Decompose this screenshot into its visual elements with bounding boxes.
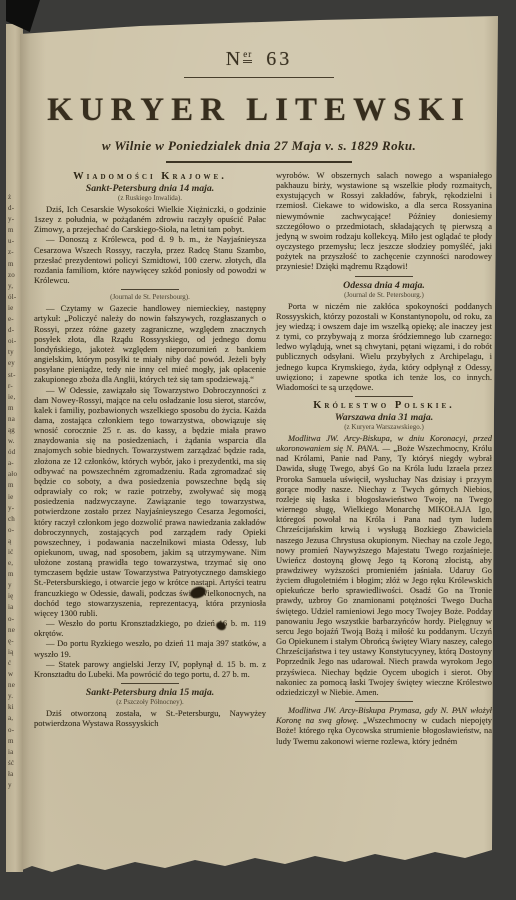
article-source: (z Ruskiego Inwalida).	[34, 194, 266, 202]
section-divider-rule	[355, 396, 413, 397]
section-heading-wiadomosci-krajowe: Wiadomości Krajowe.	[34, 171, 266, 182]
article-paragraph: — W Odessie, zawiązało się Towarzystwo D…	[34, 385, 266, 619]
section-heading-krolestwo-polskie: Królestwo Polskie.	[276, 400, 492, 411]
page-columns: Wiadomości Krajowe. Sankt-Petersburg dni…	[20, 163, 498, 746]
article-dateline: Sankt-Petersburg dnia 15 maja.	[34, 687, 266, 698]
issue-number: Ner63	[20, 48, 498, 71]
section-divider-rule	[121, 683, 179, 684]
article-dateline: Odessa dnia 4 maja.	[276, 280, 492, 291]
issue-value: 63	[266, 48, 292, 70]
left-column: Wiadomości Krajowe. Sankt-Petersburg dni…	[34, 170, 266, 746]
article-dateline: Warszawa dnia 31 maja.	[276, 412, 492, 423]
masthead: Ner63 KURYER LITEWSKI w Wilnie w Poniedz…	[20, 12, 498, 163]
newspaper-page: Ner63 KURYER LITEWSKI w Wilnie w Poniedz…	[20, 12, 498, 880]
issue-superscript: er	[243, 49, 252, 63]
article-source: (z Pszczoły Północney).	[34, 698, 266, 706]
article-source: (z Kuryera Warszawskiego.)	[276, 423, 492, 431]
right-column: wyrobów. W obszernych salach nowego a ws…	[276, 170, 492, 746]
section-divider-rule	[121, 289, 179, 290]
adjacent-page-text-fragments: ż d- y- m u- z- m zo y, ól- ie e- d- oi-…	[8, 192, 17, 791]
article-paragraph: — Czytamy w Gazecie handlowey niemieckie…	[34, 303, 266, 384]
article-source: (Journal de St. Petersbourg.)	[276, 291, 492, 299]
article-paragraph: Dziś, Ich Cesarskie Wysokości Wielkie Xi…	[34, 204, 266, 234]
issue-underline-rule	[184, 77, 334, 78]
article-paragraph-continuation: wyrobów. W obszernych salach nowego a ws…	[276, 170, 492, 272]
article-source: (Journal de St. Petersbourg).	[34, 293, 266, 301]
scan-background: ż d- y- m u- z- m zo y, ól- ie e- d- oi-…	[0, 0, 516, 900]
section-divider-rule	[355, 701, 413, 702]
article-dateline: Sankt-Petersburg dnia 14 maja.	[34, 183, 266, 194]
masthead-dateline: w Wilnie w Poniedzialek dnia 27 Maja v. …	[20, 138, 498, 154]
article-paragraph: Porta w niczém nie zakłóca spokoyności p…	[276, 301, 492, 392]
article-paragraph: Dziś otworzoną została, w St.-Petersburg…	[34, 708, 266, 728]
section-divider-rule	[355, 276, 413, 277]
issue-label: N	[226, 48, 243, 70]
article-paragraph: — Weszło do portu Kronsztadzkiego, po dz…	[34, 618, 266, 638]
newspaper-title: KURYER LITEWSKI	[20, 92, 498, 129]
article-paragraph: — Statek parowy angielski Jerzy IV, popł…	[34, 659, 266, 679]
article-paragraph: — Do portu Ryzkiego weszło, po dzień 11 …	[34, 638, 266, 658]
prayer-paragraph: Modlitwa JW. Arcy-Biskupa, w dniu Korona…	[276, 433, 492, 697]
prayer-paragraph: Modlitwa JW. Arcy-Biskupa Prymasa, gdy N…	[276, 705, 492, 746]
article-paragraph: — Donoszą z Królewca, pod d. 9 b. m., że…	[34, 234, 266, 285]
prayer-body: „Boże Wszechmocny, Królu nad Królami, Pa…	[276, 443, 492, 697]
